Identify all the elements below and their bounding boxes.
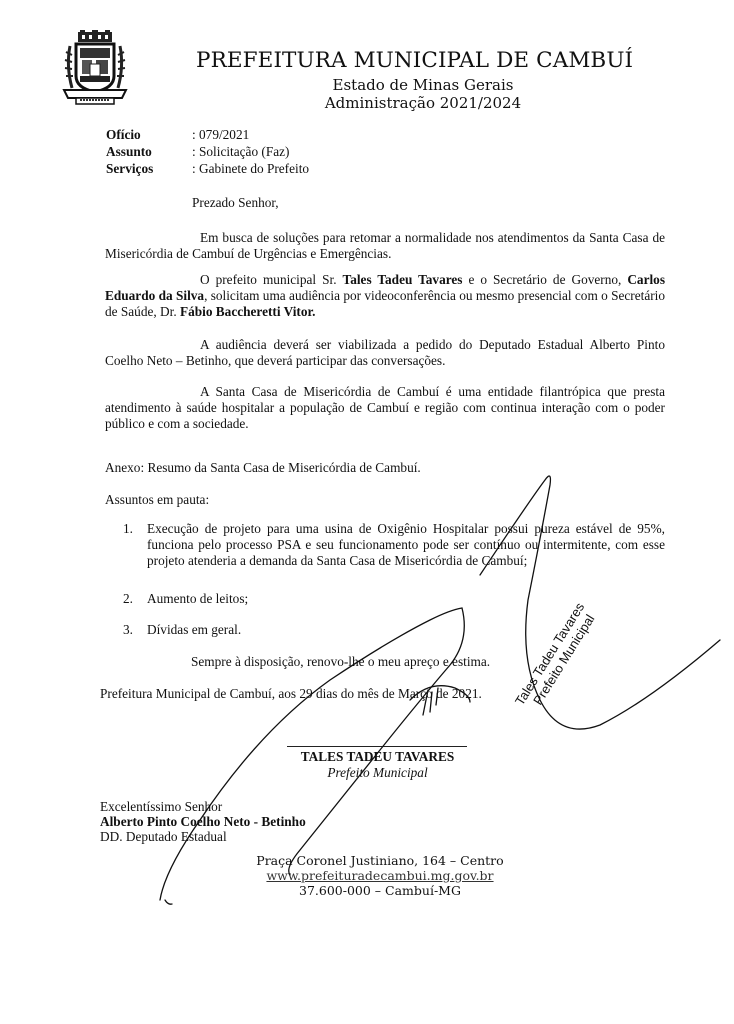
list-text: Execução de projeto para uma usina de Ox…	[147, 521, 665, 569]
meta-label: Assunto	[106, 144, 192, 160]
meta-oficio: Ofício: 079/2021	[106, 127, 249, 143]
place-date: Prefeitura Municipal de Cambuí, aos 29 d…	[100, 686, 482, 702]
signer-name: TALES TADEU TAVARES	[240, 749, 515, 765]
greeting: Prezado Senhor,	[192, 195, 279, 211]
meta-servicos: Serviços: Gabinete do Prefeito	[106, 161, 309, 177]
signer-role: Prefeito Municipal	[240, 765, 515, 781]
list-number: 2.	[123, 591, 141, 607]
header-state: Estado de Minas Gerais	[0, 76, 734, 94]
closing: Sempre à disposição, renovo-lhe o meu ap…	[191, 654, 490, 670]
paragraph-1: Em busca de soluções para retomar a norm…	[105, 230, 665, 262]
footer-zip-city: 37.600-000 – Cambuí-MG	[200, 883, 560, 898]
health-secretary-name: Fábio Baccheretti Vitor.	[180, 304, 316, 319]
paragraph-2: O prefeito municipal Sr. Tales Tadeu Tav…	[105, 272, 665, 320]
footer-address: Praça Coronel Justiniano, 164 – Centro	[200, 853, 560, 868]
list-text: Aumento de leitos;	[147, 591, 665, 607]
meta-value: : Solicitação (Faz)	[192, 144, 289, 159]
recipient-name: Alberto Pinto Coelho Neto - Betinho	[100, 814, 306, 830]
meta-value: : 079/2021	[192, 127, 249, 142]
list-number: 3.	[123, 622, 141, 638]
paragraph-4: A Santa Casa de Misericórdia de Cambuí é…	[105, 384, 665, 432]
recipient-salutation: Excelentíssimo Senhor	[100, 799, 222, 815]
meta-label: Serviços	[106, 161, 192, 177]
footer-website-link[interactable]: www.prefeituradecambui.mg.gov.br	[200, 868, 560, 883]
signature-stamp: Tales Tadeu Tavares Prefeito Municipal	[512, 600, 600, 716]
agenda-title: Assuntos em pauta:	[105, 492, 209, 508]
meta-value: : Gabinete do Prefeito	[192, 161, 309, 176]
meta-label: Ofício	[106, 127, 192, 143]
signature-line	[287, 746, 467, 747]
recipient-title: DD. Deputado Estadual	[100, 829, 227, 845]
paragraph-3: A audiência deverá ser viabilizada a ped…	[105, 337, 665, 369]
annex: Anexo: Resumo da Santa Casa de Misericór…	[105, 460, 421, 476]
meta-assunto: Assunto: Solicitação (Faz)	[106, 144, 289, 160]
list-number: 1.	[123, 521, 141, 537]
page-title: PREFEITURA MUNICIPAL DE CAMBUÍ	[196, 48, 633, 73]
header-administration: Administração 2021/2024	[0, 94, 734, 112]
mayor-name: Tales Tadeu Tavares	[343, 272, 463, 287]
